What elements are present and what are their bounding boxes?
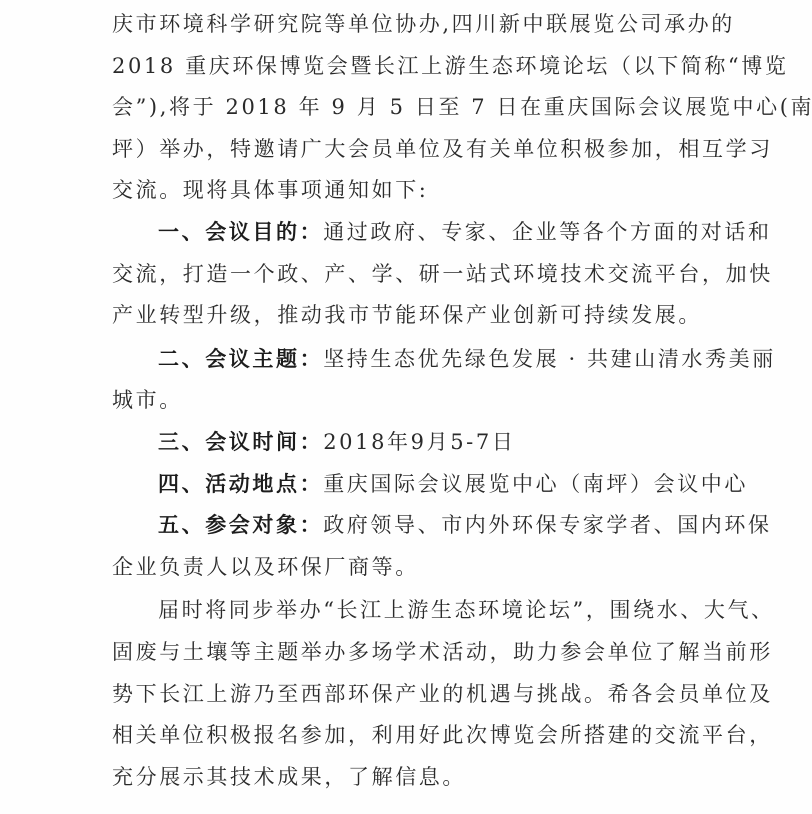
section-text-line: 产业转型升级，推动我市节能环保产业创新可持续发展。 [112,295,712,337]
intro-line: 2018 重庆环保博览会暨长江上游生态环境论坛（以下简称“博览 [112,46,712,88]
closing-line: 固废与土壤等主题举办多场学术活动，助力参会单位了解当前形 [112,632,712,674]
section-heading: 二、会议主题： [158,347,323,371]
closing-line: 相关单位积极报名参加，利用好此次博览会所搭建的交流平台， [112,715,712,757]
section-text: 通过政府、专家、企业等各个方面的对话和 [323,220,771,244]
section-text-line: 交流，打造一个政、产、学、研一站式环境技术交流平台，加快 [112,254,712,296]
section-heading: 一、会议目的： [158,220,323,244]
intro-line: 庆市环境科学研究院等单位协办,四川新中联展览公司承办的 [112,4,712,46]
intro-line: 坪）举办，特邀请广大会员单位及有关单位积极参加，相互学习 [112,129,712,171]
section-text: 坚持生态优先绿色发展 · 共建山清水秀美丽 [323,347,776,371]
section-text-line: 城市。 [112,380,712,422]
section-heading: 三、会议时间： [158,430,323,454]
section-heading: 四、活动地点： [158,472,323,496]
section-theme: 二、会议主题：坚持生态优先绿色发展 · 共建山清水秀美丽 [112,339,712,381]
closing-line: 届时将同步举办“长江上游生态环境论坛”，围绕水、大气、 [112,590,712,632]
document-body: 庆市环境科学研究院等单位协办,四川新中联展览公司承办的 2018 重庆环保博览会… [112,4,712,798]
section-location: 四、活动地点：重庆国际会议展览中心（南坪）会议中心 [112,464,712,506]
section-attendees: 五、参会对象：政府领导、市内外环保专家学者、国内环保 [112,505,712,547]
section-text: 政府领导、市内外环保专家学者、国内环保 [323,513,771,537]
section-text: 重庆国际会议展览中心（南坪）会议中心 [323,472,748,496]
intro-line: 交流。现将具体事项通知如下: [112,170,712,212]
section-time: 三、会议时间：2018年9月5-7日 [112,422,712,464]
closing-line: 充分展示其技术成果，了解信息。 [112,757,712,799]
section-purpose: 一、会议目的：通过政府、专家、企业等各个方面的对话和 [112,212,712,254]
section-text: 2018年9月5-7日 [323,430,515,454]
section-text-line: 企业负责人以及环保厂商等。 [112,547,712,589]
section-heading: 五、参会对象： [158,513,323,537]
intro-line: 会”),将于 2018 年 9 月 5 日至 7 日在重庆国际会议展览中心(南 [112,87,712,129]
closing-line: 势下长江上游乃至西部环保产业的机遇与挑战。希各会员单位及 [112,674,712,716]
document-page: 庆市环境科学研究院等单位协办,四川新中联展览公司承办的 2018 重庆环保博览会… [0,0,812,814]
